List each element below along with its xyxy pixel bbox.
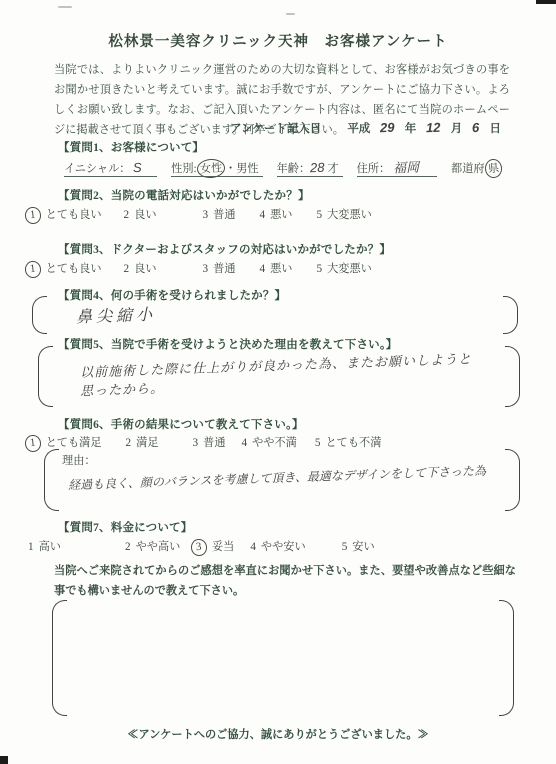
q2-option-5-label: 大変悪い [327, 209, 372, 221]
q6-option-1: 1とても満足 [28, 434, 102, 450]
q3-option-4: 4悪い [260, 260, 293, 276]
date-day-unit: 日 [489, 123, 501, 135]
q2-option-1-num: 1 [24, 206, 41, 225]
q2-option-5-num: 5 [317, 209, 323, 221]
q6-option-4: 4やや不満 [242, 434, 297, 450]
date-line: アンケート記入日平成29年12月6日 [230, 120, 501, 136]
q2-option-5: 5大変悪い [317, 206, 372, 222]
q3-option-5-label: 大変悪い [327, 263, 372, 275]
q6-reason-handwritten: 経過も良く、顔のバランスを考慮して頂き、最適なデザインをして下さった為 [68, 462, 486, 494]
q6-option-1-label: とても満足 [46, 437, 102, 449]
q7-option-4: 4やや安い [250, 538, 305, 554]
q6-reason-area: 理由： 経過も良く、顔のバランスを考慮して頂き、最適なデザインをして下さった為 [44, 449, 520, 511]
q6-option-2-label: 満足 [136, 437, 158, 449]
q2-option-3-num: 3 [203, 209, 209, 221]
q6-option-2-num: 2 [126, 437, 132, 449]
address-label: 住所： [357, 163, 391, 175]
q2-option-2-label: 良い [134, 209, 156, 221]
q5-answer-line1-handwritten: 以前施術した際に仕上がりが良かった為、またお願いしようと [80, 348, 472, 381]
q3-option-1-label: とても良い [46, 263, 102, 275]
q7-option-5: 5安い [342, 538, 375, 554]
date-year-unit: 年 [405, 123, 417, 135]
scan-artifact-top-right [536, 0, 556, 4]
q7-option-2-label: やや高い [136, 541, 181, 553]
q3-option-3: 3普通 [203, 260, 236, 276]
q6-option-5-num: 5 [315, 437, 321, 449]
age-field: 年齢：28 才 [277, 163, 343, 177]
q2-option-2-num: 2 [124, 209, 130, 221]
q2-option-4: 4悪い [260, 206, 293, 222]
q3-option-4-label: 悪い [270, 263, 292, 275]
q7-option-2-num: 2 [125, 541, 131, 553]
q2-option-3-label: 普通 [213, 209, 235, 221]
q7-option-5-label: 安い [352, 541, 374, 553]
q7-option-1-label: 高い [39, 541, 61, 553]
date-day-handwritten: 6 [472, 120, 480, 135]
scan-smudge [286, 13, 295, 15]
initial-field: イニシャル： S [64, 163, 157, 177]
q3-option-5: 5大変悪い [317, 260, 372, 276]
q6-option-3-num: 3 [193, 437, 199, 449]
age-unit: 才 [327, 163, 338, 175]
q4-answer-handwritten: 鼻尖縮小 [76, 302, 157, 328]
q2-option-4-label: 悪い [270, 209, 292, 221]
q2-option-1-label: とても良い [46, 209, 102, 221]
initial-label: イニシャル： [64, 163, 130, 175]
q7-option-3-label: 妥当 [212, 541, 234, 553]
age-label: 年齢： [277, 163, 311, 175]
comments-prompt: 当院へご来院されてからのご感想を率直にお聞かせ下さい。また、要望や改善点など些細… [54, 561, 516, 601]
q2-header: 【質問2、当院の電話対応はいかがでしたか？】 [58, 187, 310, 203]
q3-options: 1とても良い2良い3普通4悪い5大変悪い [28, 260, 372, 276]
q3-option-2-num: 2 [124, 263, 130, 275]
gender-field: 性別:女性・男性 [171, 163, 262, 177]
comments-answer-area [52, 600, 514, 716]
gender-rest: ・男性 [225, 163, 259, 175]
q6-option-3-label: 普通 [203, 437, 225, 449]
q2-option-1: 1とても良い [28, 206, 102, 222]
q4-answer-area: 鼻尖縮小 [32, 296, 518, 334]
q3-option-2: 2良い [124, 260, 157, 276]
q6-options: 1とても満足2満足3普通4やや不満5とても不満 [28, 434, 381, 450]
gender-label: 性別: [171, 163, 196, 175]
q3-option-3-label: 普通 [213, 263, 235, 275]
q7-option-3-num: 3 [190, 538, 207, 557]
date-month-unit: 月 [451, 123, 463, 135]
q6-option-3: 3普通 [193, 434, 226, 450]
initial-value-handwritten: S [133, 160, 142, 175]
form-title: 松林景一美容クリニック天神 お客様アンケート [0, 30, 556, 51]
q3-option-1-num: 1 [24, 260, 41, 279]
q7-options: 1高い2やや高い3妥当4やや安い5安い [28, 538, 375, 554]
q7-option-1-num: 1 [28, 541, 34, 553]
q7-option-4-num: 4 [250, 541, 256, 553]
scan-smudge [58, 6, 72, 8]
q1-header: 【質問1、お客様について】 [58, 139, 204, 155]
closing-thanks: ≪アンケートへのご協力、誠にありがとうございました。≫ [0, 726, 556, 742]
q3-header: 【質問3、ドクターおよびスタッフの対応はいかがでしたか？】 [58, 241, 391, 257]
q7-option-5-num: 5 [342, 541, 348, 553]
q6-option-1-num: 1 [24, 434, 41, 453]
q3-option-3-num: 3 [203, 263, 209, 275]
q3-option-5-num: 5 [317, 263, 323, 275]
q6-option-5: 5とても不満 [315, 434, 382, 450]
questionnaire-scan: 松林景一美容クリニック天神 お客様アンケート 当院では、よりよいクリニック運営の… [0, 0, 556, 764]
pref-prefix: 都道府 [451, 163, 485, 175]
age-value-handwritten: 28 [310, 160, 325, 175]
q6-option-4-num: 4 [242, 437, 248, 449]
q3-option-1: 1とても良い [28, 260, 102, 276]
q7-header: 【質問7、料金について】 [58, 519, 192, 535]
q3-option-4-num: 4 [260, 263, 266, 275]
q7-option-2: 2やや高い [125, 538, 180, 554]
scan-artifact-bottom-left [0, 756, 8, 764]
pref-circle-mark: 県 [484, 158, 502, 178]
pref-field: 都道府県 [451, 163, 502, 175]
q3-option-2-label: 良い [134, 263, 156, 275]
date-era: 平成 [347, 123, 370, 135]
q6-header: 【質問6、手術の結果について教えて下さい。】 [58, 416, 304, 432]
gender-circle-mark: 女性 [196, 158, 226, 179]
date-month-handwritten: 12 [426, 120, 441, 135]
q2-option-4-num: 4 [260, 209, 266, 221]
q7-option-3: 3妥当 [194, 538, 234, 554]
address-value-handwritten: 福岡 [393, 157, 420, 177]
date-label: アンケート記入日 [230, 123, 321, 135]
address-field: 住所： 福岡 [357, 163, 437, 177]
q7-option-4-label: やや安い [261, 541, 306, 553]
q5-answer-line2-handwritten: 思ったから。 [80, 378, 165, 400]
q5-answer-area: 以前施術した際に仕上がりが良かった為、またお願いしようと 思ったから。 [38, 346, 520, 407]
q2-option-2: 2良い [124, 206, 157, 222]
pref-circled-value: 県 [487, 163, 499, 176]
q6-option-5-label: とても不満 [325, 437, 381, 449]
q7-option-1: 1高い [28, 538, 61, 554]
date-year-handwritten: 29 [380, 120, 395, 135]
gender-circled-value: 女性 [199, 162, 222, 176]
q6-option-4-label: やや不満 [252, 437, 297, 449]
q2-options: 1とても良い2良い3普通4悪い5大変悪い [28, 206, 372, 222]
q2-option-3: 3普通 [203, 206, 236, 222]
q1-fields: イニシャル： S 性別:女性・男性年齢：28 才住所： 福岡 都道府県 [64, 157, 502, 177]
q6-option-2: 2満足 [126, 434, 159, 450]
